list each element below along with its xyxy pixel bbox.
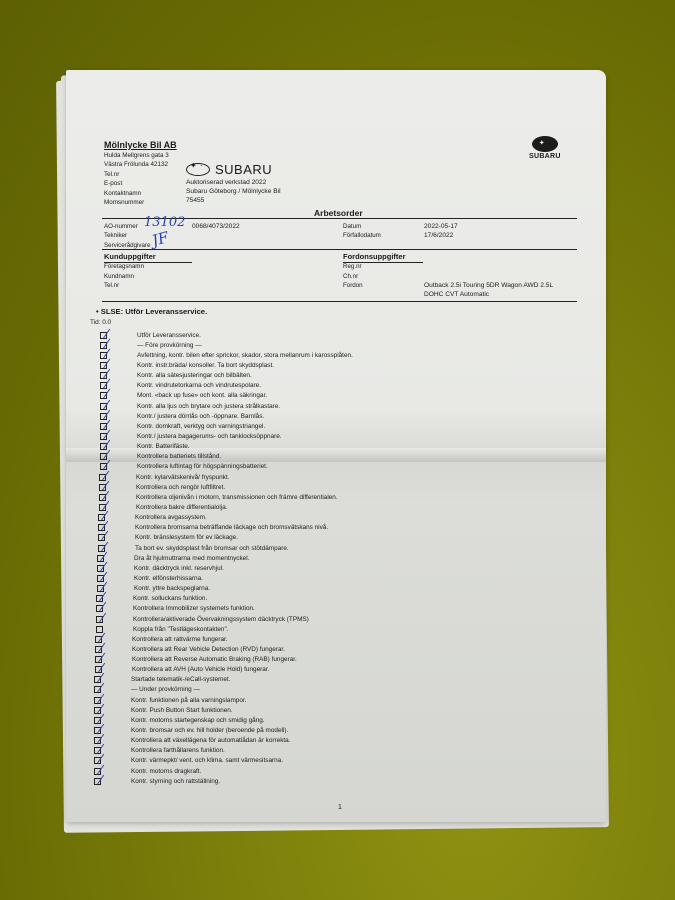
chnr-label: Ch.nr: [343, 273, 358, 280]
checked-box-icon[interactable]: [100, 372, 107, 379]
checked-box-icon[interactable]: [94, 778, 101, 785]
checklist-item: Mont. «back up fuse» och kont. alla säkr…: [86, 391, 566, 401]
checklist-item-text: Kontr. motorns startegenskap och smidig …: [131, 717, 265, 724]
dealer-line: Subaru Göteborg / Mölnlycke Bil: [186, 187, 281, 196]
document-title: Arbetsorder: [314, 208, 363, 218]
checked-box-icon[interactable]: [97, 585, 104, 592]
checklist-item: Kontr. motorns startegenskap och smidig …: [80, 715, 566, 725]
checklist-item-text: — Under provkörning —: [131, 686, 200, 693]
checklist-item-text: Mont. «back up fuse» och kont. alla säkr…: [137, 392, 267, 399]
checklist-item: Kontr. värmepkt/ vent. och klima. samt v…: [80, 756, 566, 766]
vehicle-heading: Fordonsuppgifter: [343, 252, 423, 263]
checklist-item: Kontr. däcktryck inkl. reservhjul.: [83, 563, 566, 573]
brand-logo: SUBARU: [529, 136, 561, 160]
checklist-item: Kontr. domkraft, verktyg och varningstri…: [86, 421, 566, 431]
datum-value: 2022-05-17: [424, 223, 458, 230]
dealer-block: SUBARU Auktoriserad verkstad 2022 Subaru…: [186, 162, 281, 205]
checklist-item-text: Kontr. funktionen på alla varningslampor…: [131, 697, 246, 704]
checked-box-icon[interactable]: [100, 362, 107, 369]
checklist-item: Kontrollera luftintag för högspänningsba…: [86, 462, 566, 472]
company-line: E-post: [104, 179, 169, 188]
checklist-item: Kontrollera att rattvärme fungerar.: [81, 634, 566, 644]
ao-label: AO-nummer: [104, 223, 138, 230]
checklist-item: Kontr. yttre backspeglarna.: [83, 584, 566, 594]
checklist-item-text: Kontr. Push Button Start funktionen.: [131, 707, 233, 714]
checked-box-icon[interactable]: [100, 352, 107, 359]
fordon-value-line2: DOHC CVT Automatic: [424, 291, 489, 298]
customer-heading: Kunduppgifter: [104, 252, 192, 263]
checked-box-icon[interactable]: [94, 737, 101, 744]
checklist-item-text: Kontr. styrning och rattställning.: [131, 778, 220, 785]
forfallo-value: 17/6/2022: [424, 232, 453, 239]
checked-box-icon[interactable]: [100, 413, 107, 420]
checked-box-icon[interactable]: [95, 636, 102, 643]
checklist-item: Kontrollera och rengör luftfiltret.: [85, 482, 566, 492]
checklist-item: Kontrollera Immobilizer systemets funkti…: [82, 604, 566, 614]
checked-box-icon[interactable]: [97, 565, 104, 572]
checked-box-icon[interactable]: [99, 504, 106, 511]
checked-box-icon[interactable]: [97, 555, 104, 562]
checklist-item: Kontrollera farthållarens funktion.: [80, 746, 566, 756]
divider: [102, 301, 577, 302]
checklist-item: Kontrollera avgassystem.: [84, 513, 566, 523]
checklist-item-text: Kontr. kylarvätskenivå/ fryspunkt.: [136, 474, 229, 481]
checklist-item: Kontrollera batteriets tillstånd.: [86, 452, 566, 462]
checked-box-icon[interactable]: [95, 656, 102, 663]
checklist-item: Utför Leveransservice.: [86, 330, 566, 340]
customer-field: Företagsnamn: [104, 263, 144, 270]
checked-box-icon[interactable]: [100, 403, 107, 410]
checkbox-icon[interactable]: [96, 626, 103, 633]
divider: [102, 249, 577, 250]
company-address: Hulda Mellgrens gata 3 Västra Frölunda 4…: [104, 151, 169, 207]
checklist-item: Kontr. Push Button Start funktionen.: [80, 705, 566, 715]
checklist-item: Ta bort ev. skyddsplast från bromsar och…: [84, 543, 566, 553]
checklist-item: Kontr. bränslesystem för ev läckage.: [84, 533, 566, 543]
work-order-page: Mölnlycke Bil AB Hulda Mellgrens gata 3 …: [66, 70, 606, 822]
checklist-item-text: Kontrollera oljenivån i motorn, transmis…: [136, 494, 338, 501]
checklist-item: Kontr. vindrutetorkarna och vindrutespol…: [86, 381, 566, 391]
checklist-item-text: Ta bort ev. skyddsplast från bromsar och…: [135, 545, 289, 552]
checklist-item-text: Kontr. elfönsterhissarna.: [134, 575, 203, 582]
checklist-item: Kontrollera att växellägena för automatl…: [80, 736, 566, 746]
datum-label: Datum: [343, 223, 361, 230]
checklist-item-text: Kontr./ justera dörrlås och -öppnare. Ba…: [137, 413, 264, 420]
task-time: Tid: 0.0: [90, 319, 111, 326]
checked-box-icon[interactable]: [96, 595, 103, 602]
dealer-brand: SUBARU: [186, 162, 281, 177]
checklist-item-text: Kontrollera att växellägena för automatl…: [131, 737, 291, 744]
checked-box-icon[interactable]: [94, 727, 101, 734]
checklist-item-text: — Före provkörning —: [137, 342, 202, 349]
checklist-item: — Under provkörning —: [80, 685, 566, 695]
customer-field: Kundnamn: [104, 273, 134, 280]
checklist-item-text: Kontr. värmepkt/ vent. och klima. samt v…: [131, 757, 283, 764]
checked-box-icon[interactable]: [95, 666, 102, 673]
checked-box-icon[interactable]: [98, 545, 105, 552]
checked-box-icon[interactable]: [100, 423, 107, 430]
checklist-item-text: Kontrollera Immobilizer systemets funkti…: [133, 605, 255, 612]
checklist-item-text: Kontrollera att AVH (Auto Vehicle Hold) …: [132, 666, 269, 673]
checklist-item: Startade telematik-/eCall-systemet.: [80, 675, 566, 685]
checked-box-icon[interactable]: [100, 392, 107, 399]
checked-box-icon[interactable]: [100, 463, 107, 470]
checklist-item-text: Koppla från "Testlägeskontakten".: [133, 626, 228, 633]
checklist-item-text: Kontrollera att Rear Vehicle Detection (…: [132, 646, 285, 653]
checked-box-icon[interactable]: [94, 707, 101, 714]
checklist-item-text: Kontr. instr.bräda/ konsoller. Ta bort s…: [137, 362, 274, 369]
checklist-item: Koppla från "Testlägeskontakten".: [82, 624, 566, 634]
dealer-line: 75455: [186, 196, 281, 205]
checklist-item-text: Kontrollera bromsarna beträffande läckag…: [135, 524, 328, 531]
checked-box-icon[interactable]: [99, 494, 106, 501]
checklist-item-text: Kontr. yttre backspeglarna.: [134, 585, 210, 592]
checked-box-icon[interactable]: [98, 524, 105, 531]
checklist-item-text: Utför Leveransservice.: [137, 332, 201, 339]
checklist-item: Kontr. instr.bräda/ konsoller. Ta bort s…: [86, 360, 566, 370]
checklist-item-text: Dra åt hjulmuttrarna med momentnyckel.: [134, 555, 249, 562]
checked-box-icon[interactable]: [96, 616, 103, 623]
checklist-item: Kontr. bromsar och ev. hill holder (bero…: [80, 725, 566, 735]
checklist-item-text: Startade telematik-/eCall-systemet.: [131, 676, 230, 683]
checklist-item: Kontrollera bakre differentialolja.: [85, 502, 566, 512]
task-title: • SLSE: Utför Leveransservice.: [96, 307, 207, 316]
checklist-item-text: Kontrollera/aktiverade Övervakningssyste…: [133, 616, 309, 623]
checklist-item-text: Kontr. solluckans funktion.: [133, 595, 207, 602]
checklist-item-text: Kontr. alla sätesjusteringar och bilbält…: [137, 372, 252, 379]
checklist-item: Dra åt hjulmuttrarna med momentnyckel.: [83, 553, 566, 563]
checked-box-icon[interactable]: [95, 646, 102, 653]
checklist-item-text: Kontr. bränslesystem för ev läckage.: [135, 534, 238, 541]
checked-box-icon[interactable]: [100, 453, 107, 460]
checklist-item-text: Kontr./ justera bagagerums- och tanklock…: [137, 433, 282, 440]
checklist-item-text: Kontrollera bakre differentialolja.: [136, 504, 228, 511]
checklist-item: Kontr. alla ljus och brytare och justera…: [86, 401, 566, 411]
checklist-item: Kontrollera att AVH (Auto Vehicle Hold) …: [81, 665, 566, 675]
checklist-item: Kontr. elfönsterhissarna.: [83, 573, 566, 583]
checked-box-icon[interactable]: [100, 332, 107, 339]
checklist-item-text: Kontrollera avgassystem.: [135, 514, 207, 521]
checklist-item-text: Kontr. bromsar och ev. hill holder (bero…: [131, 727, 288, 734]
checklist-item: Kontrollera bromsarna beträffande läckag…: [84, 523, 566, 533]
forfallo-label: Förfallodatum: [343, 232, 381, 239]
company-line: Kontaktnamn: [104, 189, 169, 198]
checked-box-icon[interactable]: [100, 382, 107, 389]
checklist-item: — Före provkörning —: [86, 340, 566, 350]
checklist-item: Kontrollera oljenivån i motorn, transmis…: [85, 492, 566, 502]
checked-box-icon[interactable]: [100, 342, 107, 349]
company-line: Momsnummer: [104, 198, 169, 207]
checked-box-icon[interactable]: [96, 605, 103, 612]
checklist-item: Avfettning, kontr. bilen efter sprickor,…: [86, 350, 566, 360]
checklist-item-text: Kontrollera luftintag för högspänningsba…: [137, 463, 268, 470]
checked-box-icon[interactable]: [97, 575, 104, 582]
checklist-item-text: Kontr. Batterifäste.: [137, 443, 190, 450]
checklist-item: Kontr. styrning och rattställning.: [80, 776, 566, 786]
checked-box-icon[interactable]: [94, 697, 101, 704]
checklist-item-text: Kontr. däcktryck inkl. reservhjul.: [134, 565, 224, 572]
checked-box-icon[interactable]: [99, 484, 106, 491]
checklist-item-text: Kontr. alla ljus och brytare och justera…: [137, 403, 280, 410]
company-line: Västra Frölunda 42132: [104, 160, 169, 169]
checklist-item-text: Kontrollera farthållarens funktion.: [131, 747, 225, 754]
fordon-value: Outback 2.5i Touring 5DR Wagon AWD 2.5L: [424, 282, 553, 289]
checklist-item-text: Kontrollera och rengör luftfiltret.: [136, 484, 225, 491]
checked-box-icon[interactable]: [94, 686, 101, 693]
checked-box-icon[interactable]: [100, 433, 107, 440]
subaru-emblem-icon: [532, 136, 558, 152]
checklist-item: Kontrollera/aktiverade Övervakningssyste…: [82, 614, 566, 624]
company-line: Hulda Mellgrens gata 3: [104, 151, 169, 160]
checklist-item-text: Kontrollera batteriets tillstånd.: [137, 453, 221, 460]
checked-box-icon[interactable]: [98, 514, 105, 521]
company-line: Tel.nr: [104, 170, 169, 179]
checklist-item-text: Avfettning, kontr. bilen efter sprickor,…: [137, 352, 353, 359]
checklist-item: Kontr. Batterifäste.: [86, 442, 566, 452]
regnr-label: Reg.nr: [343, 263, 362, 270]
checklist-item-text: Kontrollera att rattvärme fungerar.: [132, 636, 228, 643]
checklist-item: Kontr. solluckans funktion.: [82, 594, 566, 604]
checklist-item: Kontr. motorns dragkraft.: [80, 766, 566, 776]
customer-field: Tel.nr: [104, 282, 119, 289]
checked-box-icon[interactable]: [94, 676, 101, 683]
checked-box-icon[interactable]: [94, 757, 101, 764]
dealer-line: Auktoriserad verkstad 2022: [186, 178, 281, 187]
checked-box-icon[interactable]: [100, 443, 107, 450]
checked-box-icon[interactable]: [99, 474, 106, 481]
signature: JF: [150, 228, 171, 250]
checklist-item: Kontr. funktionen på alla varningslampor…: [80, 695, 566, 705]
company-name: Mölnlycke Bil AB: [104, 140, 177, 150]
checklist-item-text: Kontrollera att Reverse Automatic Brakin…: [132, 656, 297, 663]
page-number: 1: [338, 804, 342, 811]
checklist: Utför Leveransservice.— Före provkörning…: [86, 330, 566, 786]
fordon-label: Fordon: [343, 282, 363, 289]
checklist-item-text: Kontr. motorns dragkraft.: [131, 768, 201, 775]
ao-value: 0068/4073/2022: [192, 223, 240, 230]
subaru-logo-icon: [186, 163, 210, 176]
checklist-item-text: Kontr. vindrutetorkarna och vindrutespol…: [137, 382, 261, 389]
checked-box-icon[interactable]: [94, 747, 101, 754]
checklist-item: Kontrollera att Rear Vehicle Detection (…: [81, 644, 566, 654]
checklist-item: Kontr. kylarvätskenivå/ fryspunkt.: [85, 472, 566, 482]
checklist-item: Kontr. alla sätesjusteringar och bilbält…: [86, 371, 566, 381]
checked-box-icon[interactable]: [94, 717, 101, 724]
checked-box-icon[interactable]: [94, 768, 101, 775]
checked-box-icon[interactable]: [98, 534, 105, 541]
checklist-item: Kontr./ justera dörrlås och -öppnare. Ba…: [86, 411, 566, 421]
tekniker-label: Tekniker: [104, 232, 127, 239]
dealer-brand-text: SUBARU: [215, 162, 272, 177]
checklist-item: Kontrollera att Reverse Automatic Brakin…: [81, 655, 566, 665]
checklist-item-text: Kontr. domkraft, verktyg och varningstri…: [137, 423, 265, 430]
servicerad-label: Servicerådgivare: [104, 242, 150, 249]
checklist-item: Kontr./ justera bagagerums- och tanklock…: [86, 431, 566, 441]
brand-logo-text: SUBARU: [529, 153, 561, 160]
